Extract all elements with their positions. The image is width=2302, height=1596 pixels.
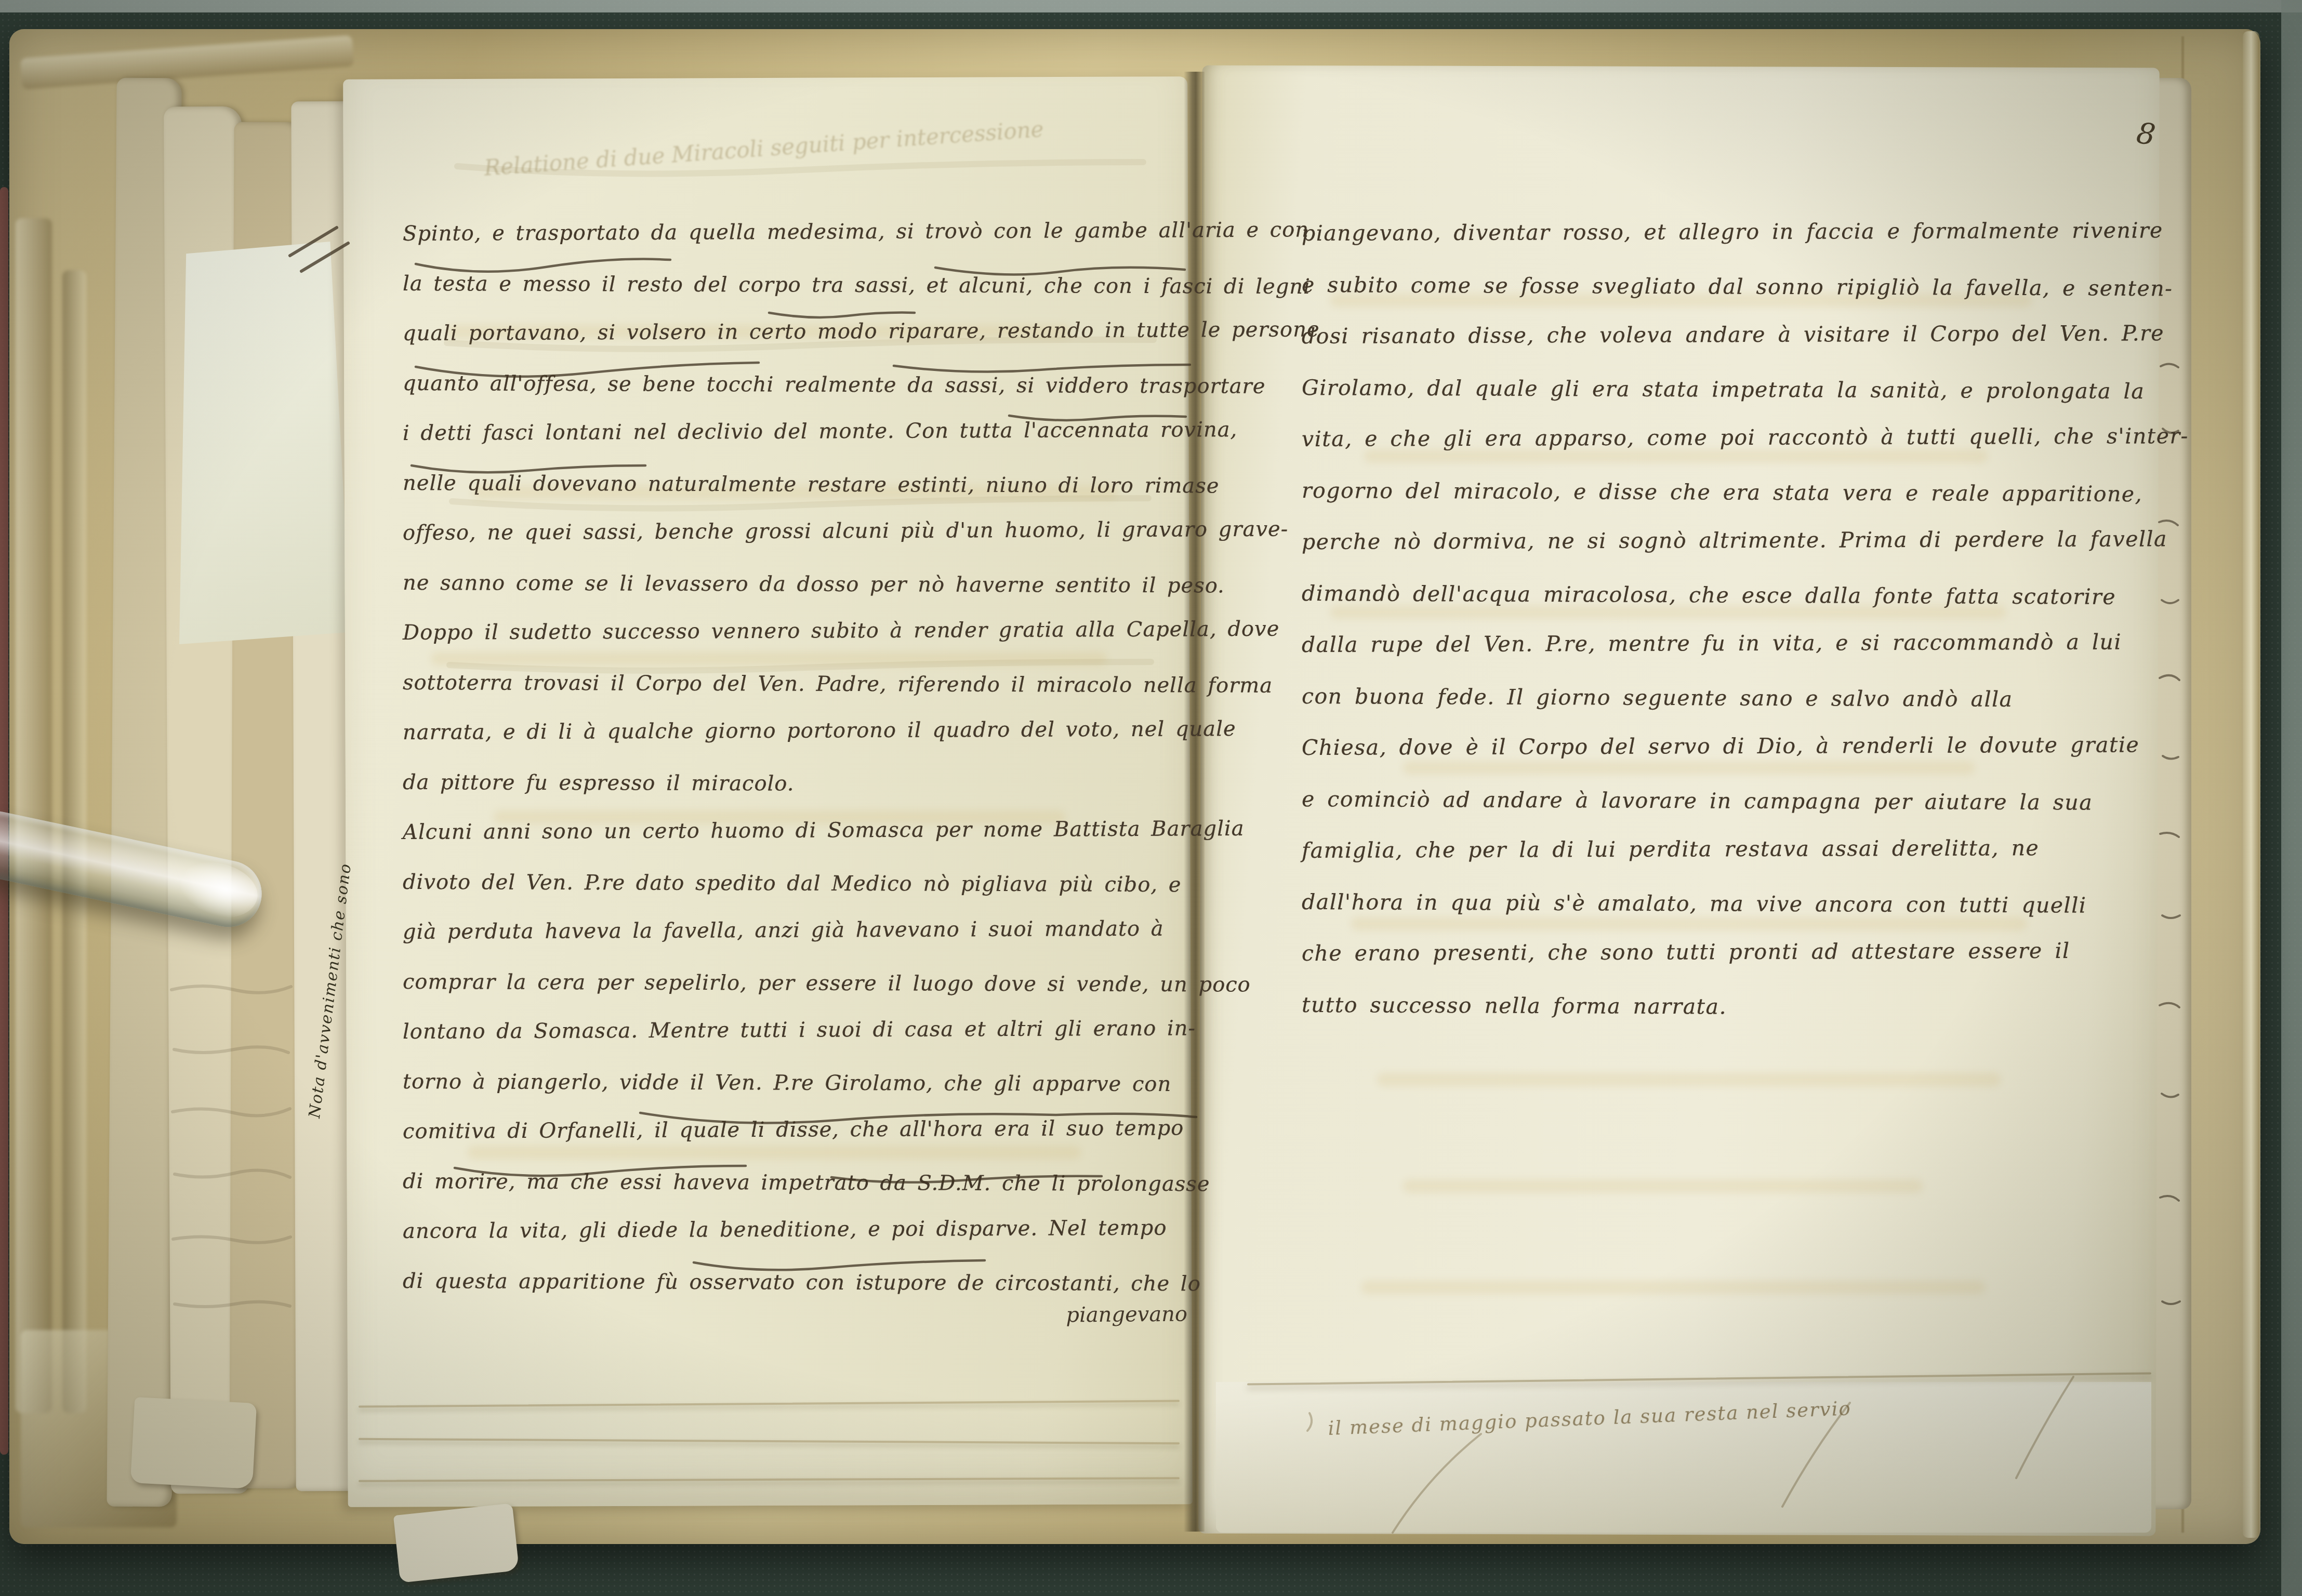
protruding-blank-leaf-corner [179, 242, 351, 644]
manuscript-line: ne sanno come se li levassero da dosso p… [403, 558, 1193, 610]
bottom-torn-paper-tab [393, 1503, 519, 1582]
background-right-edge [2281, 0, 2302, 1596]
manuscript-line: vita, e che gli era apparso, come poi ra… [1302, 410, 2128, 465]
photograph-of-open-manuscript: Relatione di due Miracoli seguiti per in… [0, 0, 2302, 1596]
manuscript-line: divoto del Ven. P.re dato spedito dal Me… [403, 857, 1193, 910]
right-page-text-block: piangevano, diventar rosso, et allegro i… [1302, 208, 2128, 1031]
background-top-edge [0, 0, 2302, 12]
manuscript-line: Spinto, e trasportato da quella medesima… [403, 205, 1193, 259]
manuscript-line: e cominciò ad andare à lavorare in campa… [1302, 774, 2128, 829]
manuscript-line: torno à piangerlo, vidde il Ven. P.re Gi… [403, 1057, 1193, 1109]
manuscript-line: la testa e messo il resto del corpo tra … [403, 259, 1193, 311]
manuscript-line: famiglia, che per la di lui perdita rest… [1302, 822, 2128, 876]
manuscript-line: Chiesa, dove è il Corpo del servo di Dio… [1302, 719, 2128, 774]
manuscript-line: quali portavano, si volsero in certo mod… [403, 305, 1193, 358]
manuscript-line: comitiva di Orfanelli, il quale li disse… [403, 1103, 1193, 1156]
manuscript-line: dall'hora in qua più s'è amalato, ma viv… [1302, 876, 2128, 932]
cover-right-fold-highlight [2243, 31, 2259, 1538]
show-through-streak [1377, 1073, 2001, 1086]
left-page-catchword: piangevano [1011, 1302, 1187, 1328]
show-through-streak [1403, 1179, 1923, 1193]
manuscript-line: nelle quali dovevano naturalmente restar… [403, 458, 1193, 511]
manuscript-line: piangevano, diventar rosso, et allegro i… [1302, 205, 2128, 259]
torn-leaf-tab [130, 1397, 257, 1489]
manuscript-line: già perduta haveva la favella, anzi già … [403, 903, 1193, 957]
manuscript-line: tutto successo nella forma narrata. [1302, 979, 2128, 1034]
manuscript-line: perche nò dormiva, ne si sognò altriment… [1302, 513, 2128, 568]
manuscript-line: lontano da Somasca. Mentre tutti i suoi … [403, 1003, 1193, 1057]
manuscript-line: offeso, ne quei sassi, benche grossi alc… [403, 504, 1193, 558]
manuscript-line: che erano presenti, che sono tutti pront… [1302, 925, 2128, 979]
manuscript-line: di questa apparitione fù osservato con i… [403, 1256, 1193, 1309]
left-page-text-block: Spinto, e trasportato da quella medesima… [403, 209, 1193, 1306]
manuscript-line: con buona fede. Il giorno seguente sano … [1302, 671, 2128, 726]
manuscript-line: sottoterra trovasi il Corpo del Ven. Pad… [403, 658, 1193, 710]
manuscript-line: quanto all'offesa, se bene tocchi realme… [403, 358, 1193, 411]
manuscript-line: rogorno del miracolo, e disse che era st… [1302, 465, 2128, 520]
manuscript-line: dalla rupe del Ven. P.re, mentre fu in v… [1302, 616, 2128, 671]
manuscript-line: e subito come se fosse svegliato dal son… [1302, 259, 2128, 314]
manuscript-line: dosi risanato disse, che voleva andare à… [1302, 308, 2128, 362]
manuscript-line: Girolamo, dal quale gli era stata impetr… [1302, 362, 2128, 417]
manuscript-line: di morire, ma che essi haveva impetrato … [403, 1156, 1193, 1209]
manuscript-line: Alcuni anni sono un certo huomo di Somas… [403, 804, 1193, 857]
manuscript-line: Doppo il sudetto successo vennero subito… [403, 604, 1193, 658]
manuscript-line: da pittore fu espresso il miracolo. [403, 757, 1193, 810]
manuscript-line: ancora la vita, gli diede la beneditione… [403, 1203, 1193, 1256]
manuscript-line: comprar la cera per sepelirlo, per esser… [403, 957, 1193, 1009]
manuscript-line: dimandò dell'acqua miracolosa, che esce … [1302, 568, 2128, 623]
show-through-streak [1361, 1281, 1985, 1294]
manuscript-line: narrata, e di li à qualche giorno portor… [403, 704, 1193, 757]
manuscript-line: i detti fasci lontani nel declivio del m… [403, 405, 1193, 458]
